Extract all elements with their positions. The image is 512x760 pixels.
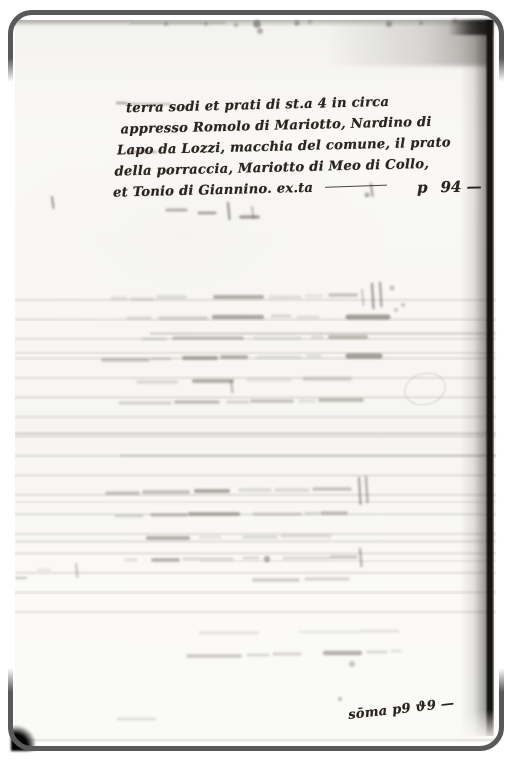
frame-right-fade — [497, 58, 509, 692]
photo-frame-border — [8, 10, 504, 751]
frame-left-fade — [3, 58, 15, 692]
scan-viewport: terra sodi et prati di st.a 4 in circa a… — [0, 0, 512, 760]
